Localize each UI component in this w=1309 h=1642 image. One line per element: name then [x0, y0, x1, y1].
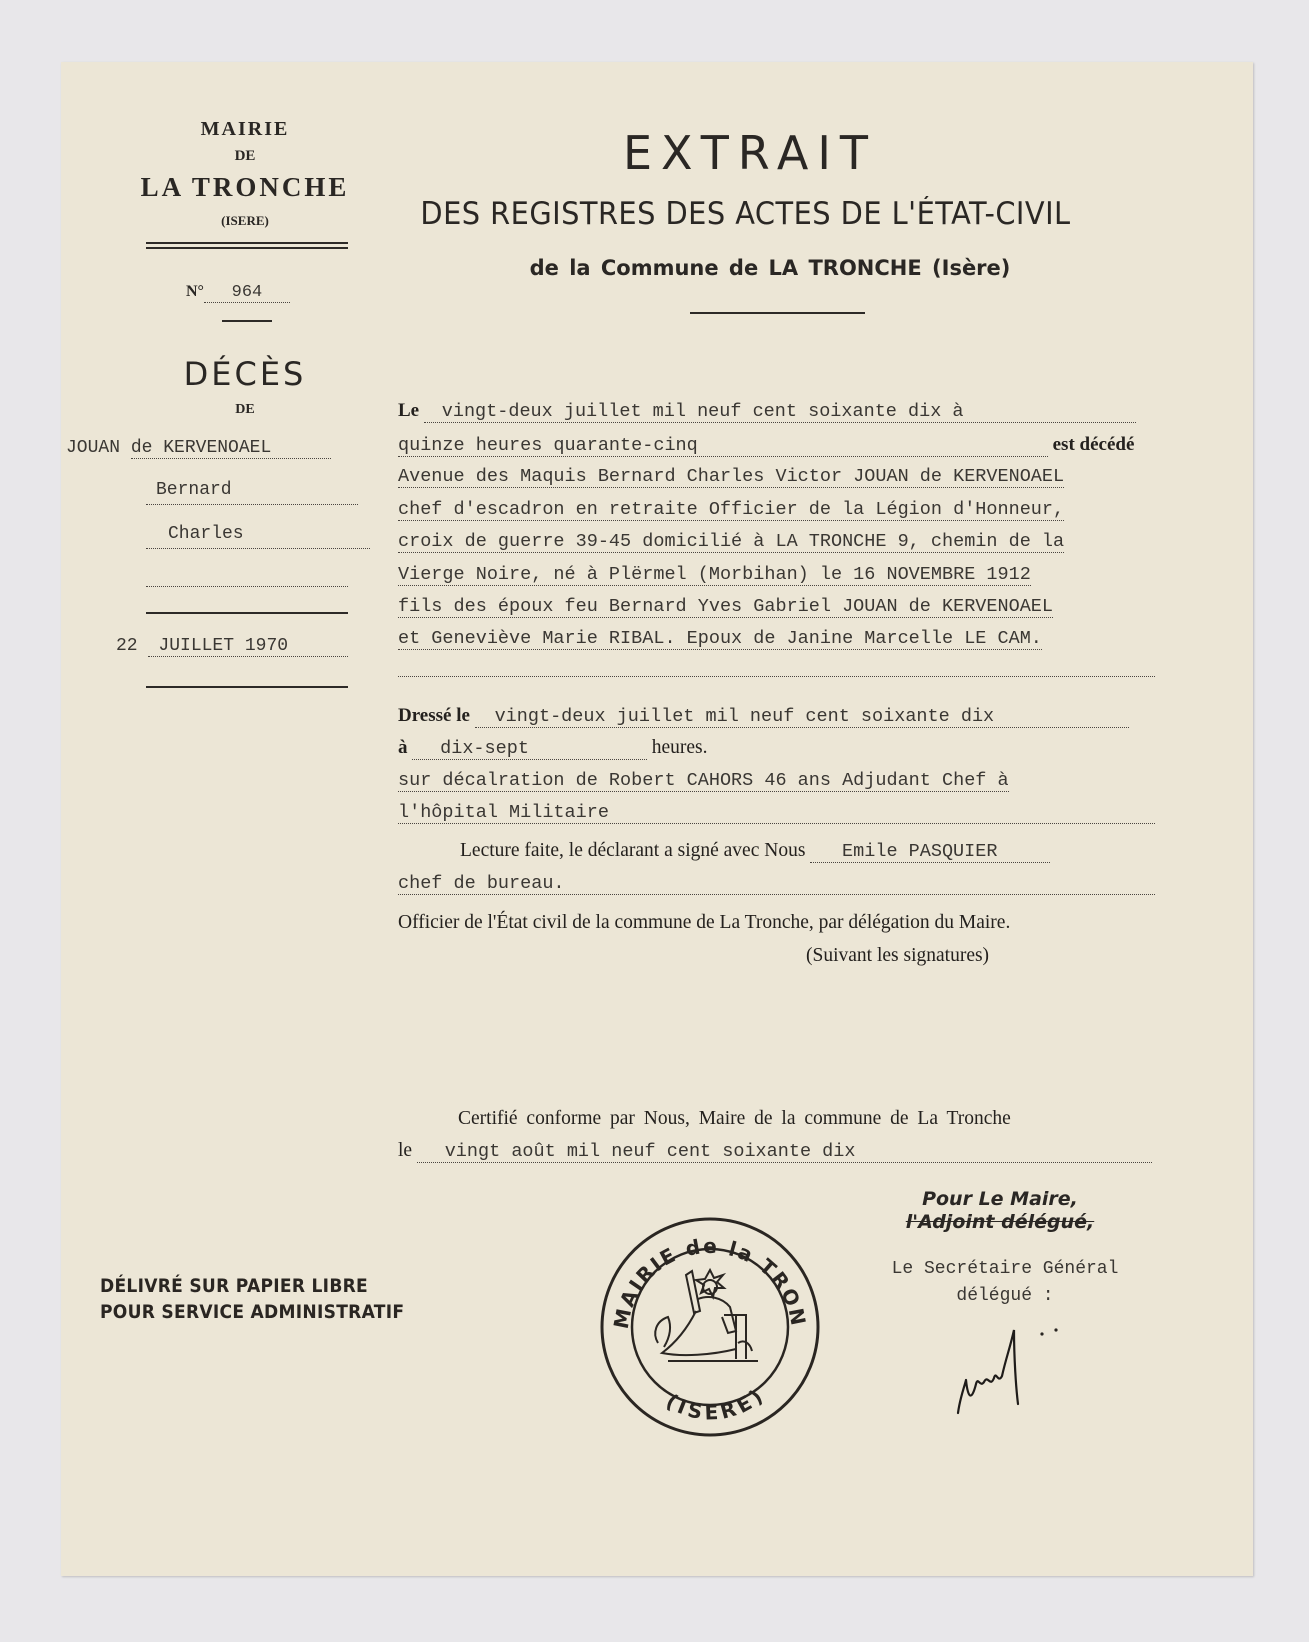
body-line-6: Vierge Noire, né à Plërmel (Morbihan) le… [398, 564, 1155, 591]
pour-le-maire: Pour Le Maire, l'Adjoint délégué, [880, 1188, 1120, 1234]
svg-text:MAIRIE de la TRONCHE: MAIRIE de la TRONCHE [598, 1215, 811, 1331]
officier-name: Emile PASQUIER [810, 841, 1050, 863]
seal-bottom-text: (ISERE) [662, 1382, 770, 1425]
body-line-5: croix de guerre 39-45 domicilié à LA TRO… [398, 531, 1155, 558]
date-rest: JUILLET 1970 [148, 636, 348, 657]
lecture-label: Lecture faite, le déclarant a signé avec… [398, 840, 805, 861]
signature-icon [950, 1318, 1090, 1428]
date-rule-top [146, 612, 348, 614]
defunt-prenom-3 [146, 562, 348, 587]
declaration-line-2: l'hôpital Militaire [398, 802, 1155, 829]
papier-libre-stamp: DÉLIVRÉ SUR PAPIER LIBRE POUR SERVICE AD… [100, 1273, 404, 1325]
svg-text:(ISERE): (ISERE) [662, 1382, 770, 1425]
profession-text: chef d'escadron en retraite Officier de … [398, 499, 1064, 521]
certification-date-line: le vingt août mil neuf cent soixante dix [398, 1140, 1155, 1167]
commune-heading: LA TRONCHE [140, 172, 350, 203]
document-subtitle: DES REGISTRES DES ACTES DE L'ÉTAT-CIVIL [420, 196, 1071, 232]
naissance-text: Vierge Noire, né à Plërmel (Morbihan) le… [398, 564, 1031, 586]
lieu-deces-text: Avenue des Maquis Bernard Charles Victor… [398, 466, 1064, 488]
numero-label: N° [186, 283, 204, 300]
declaration-line-1: sur décalration de Robert CAHORS 46 ans … [398, 770, 1155, 797]
heure-value: dix-sept [412, 738, 647, 760]
body-line-2: quinze heures quarante-cinq est décédé [398, 434, 1155, 461]
defunt-nom: JOUAN de KERVENOAEL [66, 438, 331, 459]
body-line-1: Le vingt-deux juillet mil neuf cent soix… [398, 400, 1155, 427]
deces-date-text: vingt-deux juillet mil neuf cent soixant… [424, 401, 1136, 423]
declarant-lieu-text: l'hôpital Militaire [398, 802, 1155, 824]
a-label: à [398, 737, 408, 758]
double-rule-bottom [146, 247, 348, 249]
heure-line: à dix-sept heures. [398, 737, 1155, 764]
dresse-date: vingt-deux juillet mil neuf cent soixant… [475, 706, 1129, 728]
header-rule [690, 312, 865, 314]
deces-heure-text: quinze heures quarante-cinq [398, 435, 1048, 457]
secretaire-block: Le Secrétaire Général délégué : [860, 1256, 1150, 1310]
body-line-3: Avenue des Maquis Bernard Charles Victor… [398, 466, 1198, 493]
defunt-prenom-1: Bernard [146, 480, 358, 505]
filiation-text: fils des époux feu Bernard Yves Gabriel … [398, 596, 1053, 618]
body-line-4: chef d'escadron en retraite Officier de … [398, 499, 1155, 526]
certification-date: vingt août mil neuf cent soixante dix [417, 1141, 1152, 1163]
officier-title-line: chef de bureau. [398, 873, 1155, 900]
certification-text: Certifié conforme par Nous, Maire de la … [458, 1108, 1011, 1130]
date-day: 22 [116, 636, 138, 656]
mairie-seal-icon: MAIRIE de la TRONCHE (ISERE) [598, 1215, 823, 1440]
de-label-2: DE [140, 402, 350, 418]
seal-top-text: MAIRIE de la TRONCHE [598, 1215, 811, 1331]
dresse-label: Dressé le [398, 705, 470, 726]
short-rule [222, 320, 272, 322]
date-rule-bottom [146, 686, 348, 688]
acte-number: N°964 [186, 283, 290, 303]
est-decede-label: est décédé [1053, 434, 1135, 455]
declarant-text: sur décalration de Robert CAHORS 46 ans … [398, 770, 1009, 792]
heures-label: heures. [652, 737, 708, 758]
dresse-line: Dressé le vingt-deux juillet mil neuf ce… [398, 705, 1155, 732]
body-line-7: fils des époux feu Bernard Yves Gabriel … [398, 596, 1155, 623]
stamp-line-2: POUR SERVICE ADMINISTRATIF [100, 1299, 404, 1325]
nom-prefix: JOUAN [66, 438, 120, 458]
domicile-text: croix de guerre 39-45 domicilié à LA TRO… [398, 531, 1064, 553]
commune-line: de la Commune de LA TRONCHE (Isère) [420, 256, 1120, 280]
blank-line [398, 676, 1155, 677]
acte-type-heading: DÉCÈS [140, 355, 350, 393]
double-rule-top [146, 242, 348, 244]
signatures-note: (Suivant les signatures) [806, 945, 989, 967]
nom-suite: de KERVENOAEL [131, 438, 331, 459]
document-title: EXTRAIT [420, 126, 1080, 180]
body-line-9 [398, 662, 1155, 689]
filiation-epoux-text: et Geneviève Marie RIBAL. Epoux de Janin… [398, 628, 1042, 650]
adjoint-label: l'Adjoint délégué, [880, 1211, 1120, 1234]
secretaire-label: Le Secrétaire Général [860, 1256, 1150, 1283]
stamp-line-1: DÉLIVRÉ SUR PAPIER LIBRE [100, 1273, 404, 1299]
officier-title: chef de bureau. [398, 873, 1155, 895]
defunt-prenom-2: Charles [146, 524, 370, 549]
delegue-label: délégué : [860, 1283, 1150, 1310]
departement-label: (ISERE) [140, 213, 350, 229]
le-label: Le [398, 400, 419, 421]
body-line-8: et Geneviève Marie RIBAL. Epoux de Janin… [398, 628, 1155, 655]
officier-line: Officier de l'État civil de la commune d… [398, 912, 1155, 939]
lecture-line: Lecture faite, le déclarant a signé avec… [398, 840, 1155, 867]
deces-date: 22 JUILLET 1970 [116, 636, 348, 657]
pour-le-maire-label: Pour Le Maire, [880, 1188, 1120, 1211]
le-label-2: le [398, 1140, 412, 1161]
mairie-heading: MAIRIE [140, 118, 350, 141]
de-label: DE [140, 148, 350, 165]
numero-value: 964 [204, 283, 290, 303]
